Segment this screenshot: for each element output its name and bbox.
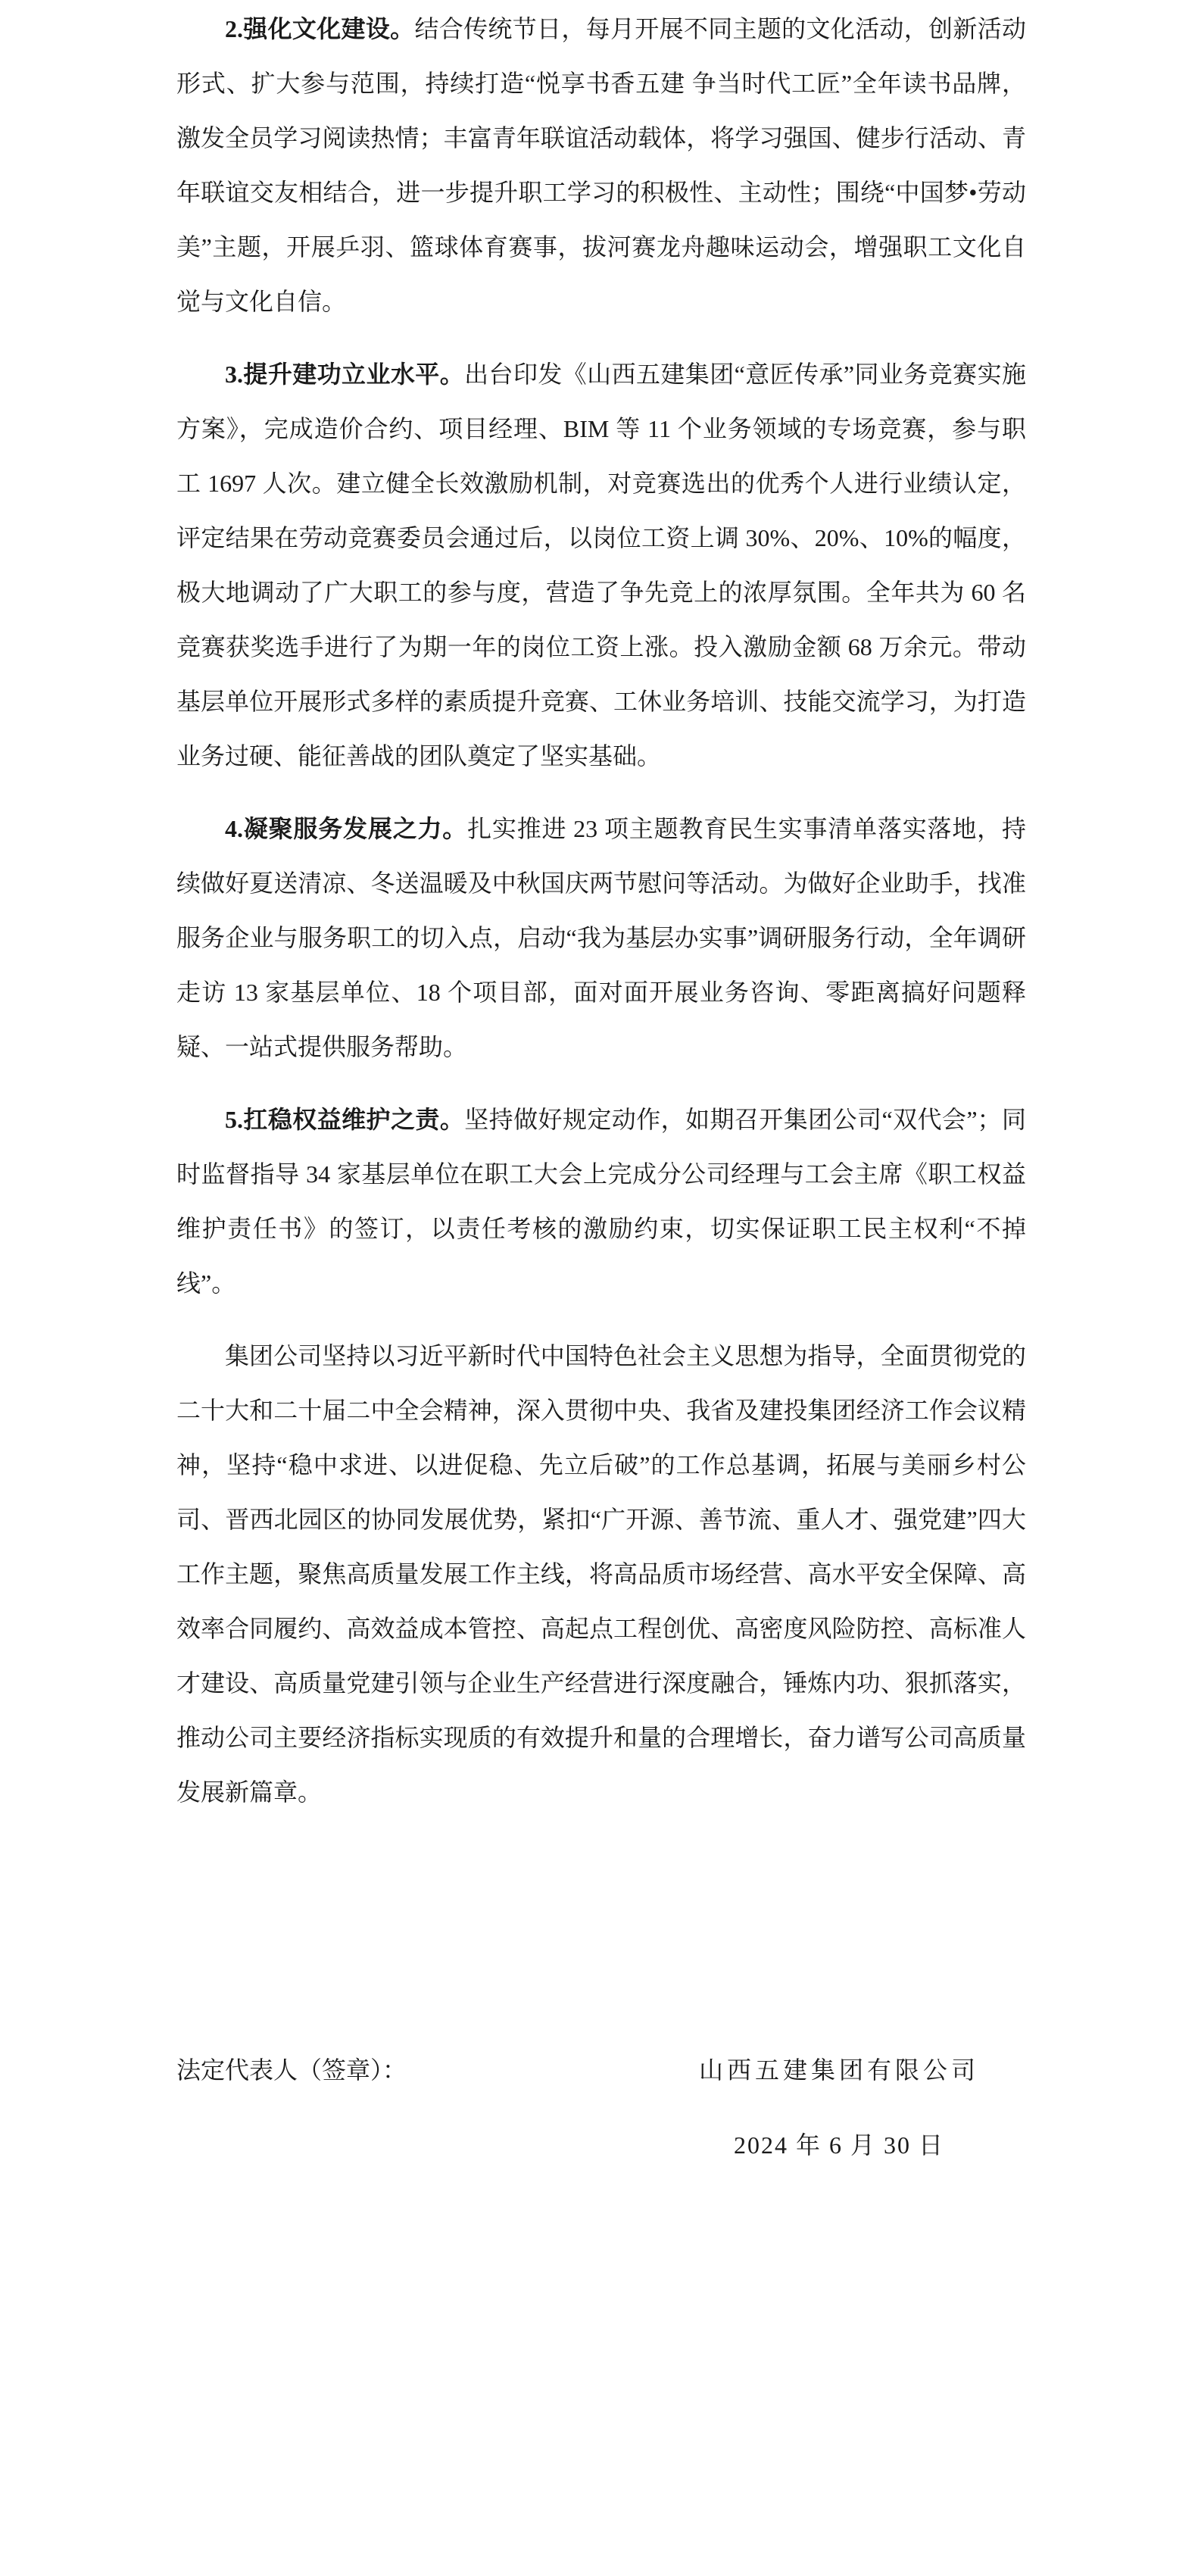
paragraph-text: 结合传统节日，每月开展不同主题的文化活动，创新活动形式、扩大参与范围，持续打造“… [176,15,1026,315]
paragraph-lead: 2.强化文化建设。 [225,15,415,42]
paragraph-text: 坚持做好规定动作，如期召开集团公司“双代会”；同时监督指导 34 家基层单位在职… [176,1106,1026,1297]
paragraph-closing-summary: 集团公司坚持以习近平新时代中国特色社会主义思想为指导，全面贯彻党的二十大和二十届… [176,1329,1026,1819]
footer-spacer [176,1819,1026,2043]
signature-date: 2024 年 6 月 30 日 [699,2118,979,2172]
paragraph-service-development: 4.凝聚服务发展之力。扎实推进 23 项主题教育民生实事清单落实落地，持续做好夏… [176,801,1026,1074]
paragraph-rights-protection: 5.扛稳权益维护之责。坚持做好规定动作，如期召开集团公司“双代会”；同时监督指导… [176,1092,1026,1310]
paragraph-lead: 3.提升建功立业水平。 [225,361,464,388]
paragraph-culture-building: 2.强化文化建设。结合传统节日，每月开展不同主题的文化活动，创新活动形式、扩大参… [176,2,1026,329]
document-body: 2.强化文化建设。结合传统节日，每月开展不同主题的文化活动，创新活动形式、扩大参… [0,0,1201,2172]
paragraph-text: 集团公司坚持以习近平新时代中国特色社会主义思想为指导，全面贯彻党的二十大和二十届… [176,1342,1026,1806]
paragraph-text: 扎实推进 23 项主题教育民生实事清单落实落地，持续做好夏送清凉、冬送温暖及中秋… [176,815,1026,1060]
paragraph-lead: 4.凝聚服务发展之力。 [225,815,467,842]
signature-block: 法定代表人（签章）： 山西五建集团有限公司 2024 年 6 月 30 日 [176,2043,1026,2172]
paragraph-text: 出台印发《山西五建集团“意匠传承”同业务竞赛实施方案》，完成造价合约、项目经理、… [176,361,1026,770]
legal-representative-label: 法定代表人（签章）： [176,2043,407,2097]
paragraph-lead: 5.扛稳权益维护之责。 [225,1106,464,1133]
paragraph-career-achievement: 3.提升建功立业水平。出台印发《山西五建集团“意匠传承”同业务竞赛实施方案》，完… [176,347,1026,783]
company-signature-block: 山西五建集团有限公司 2024 年 6 月 30 日 [699,2043,979,2172]
company-name: 山西五建集团有限公司 [699,2043,979,2097]
document-page: 2.强化文化建设。结合传统节日，每月开展不同主题的文化活动，创新活动形式、扩大参… [0,0,1201,2576]
